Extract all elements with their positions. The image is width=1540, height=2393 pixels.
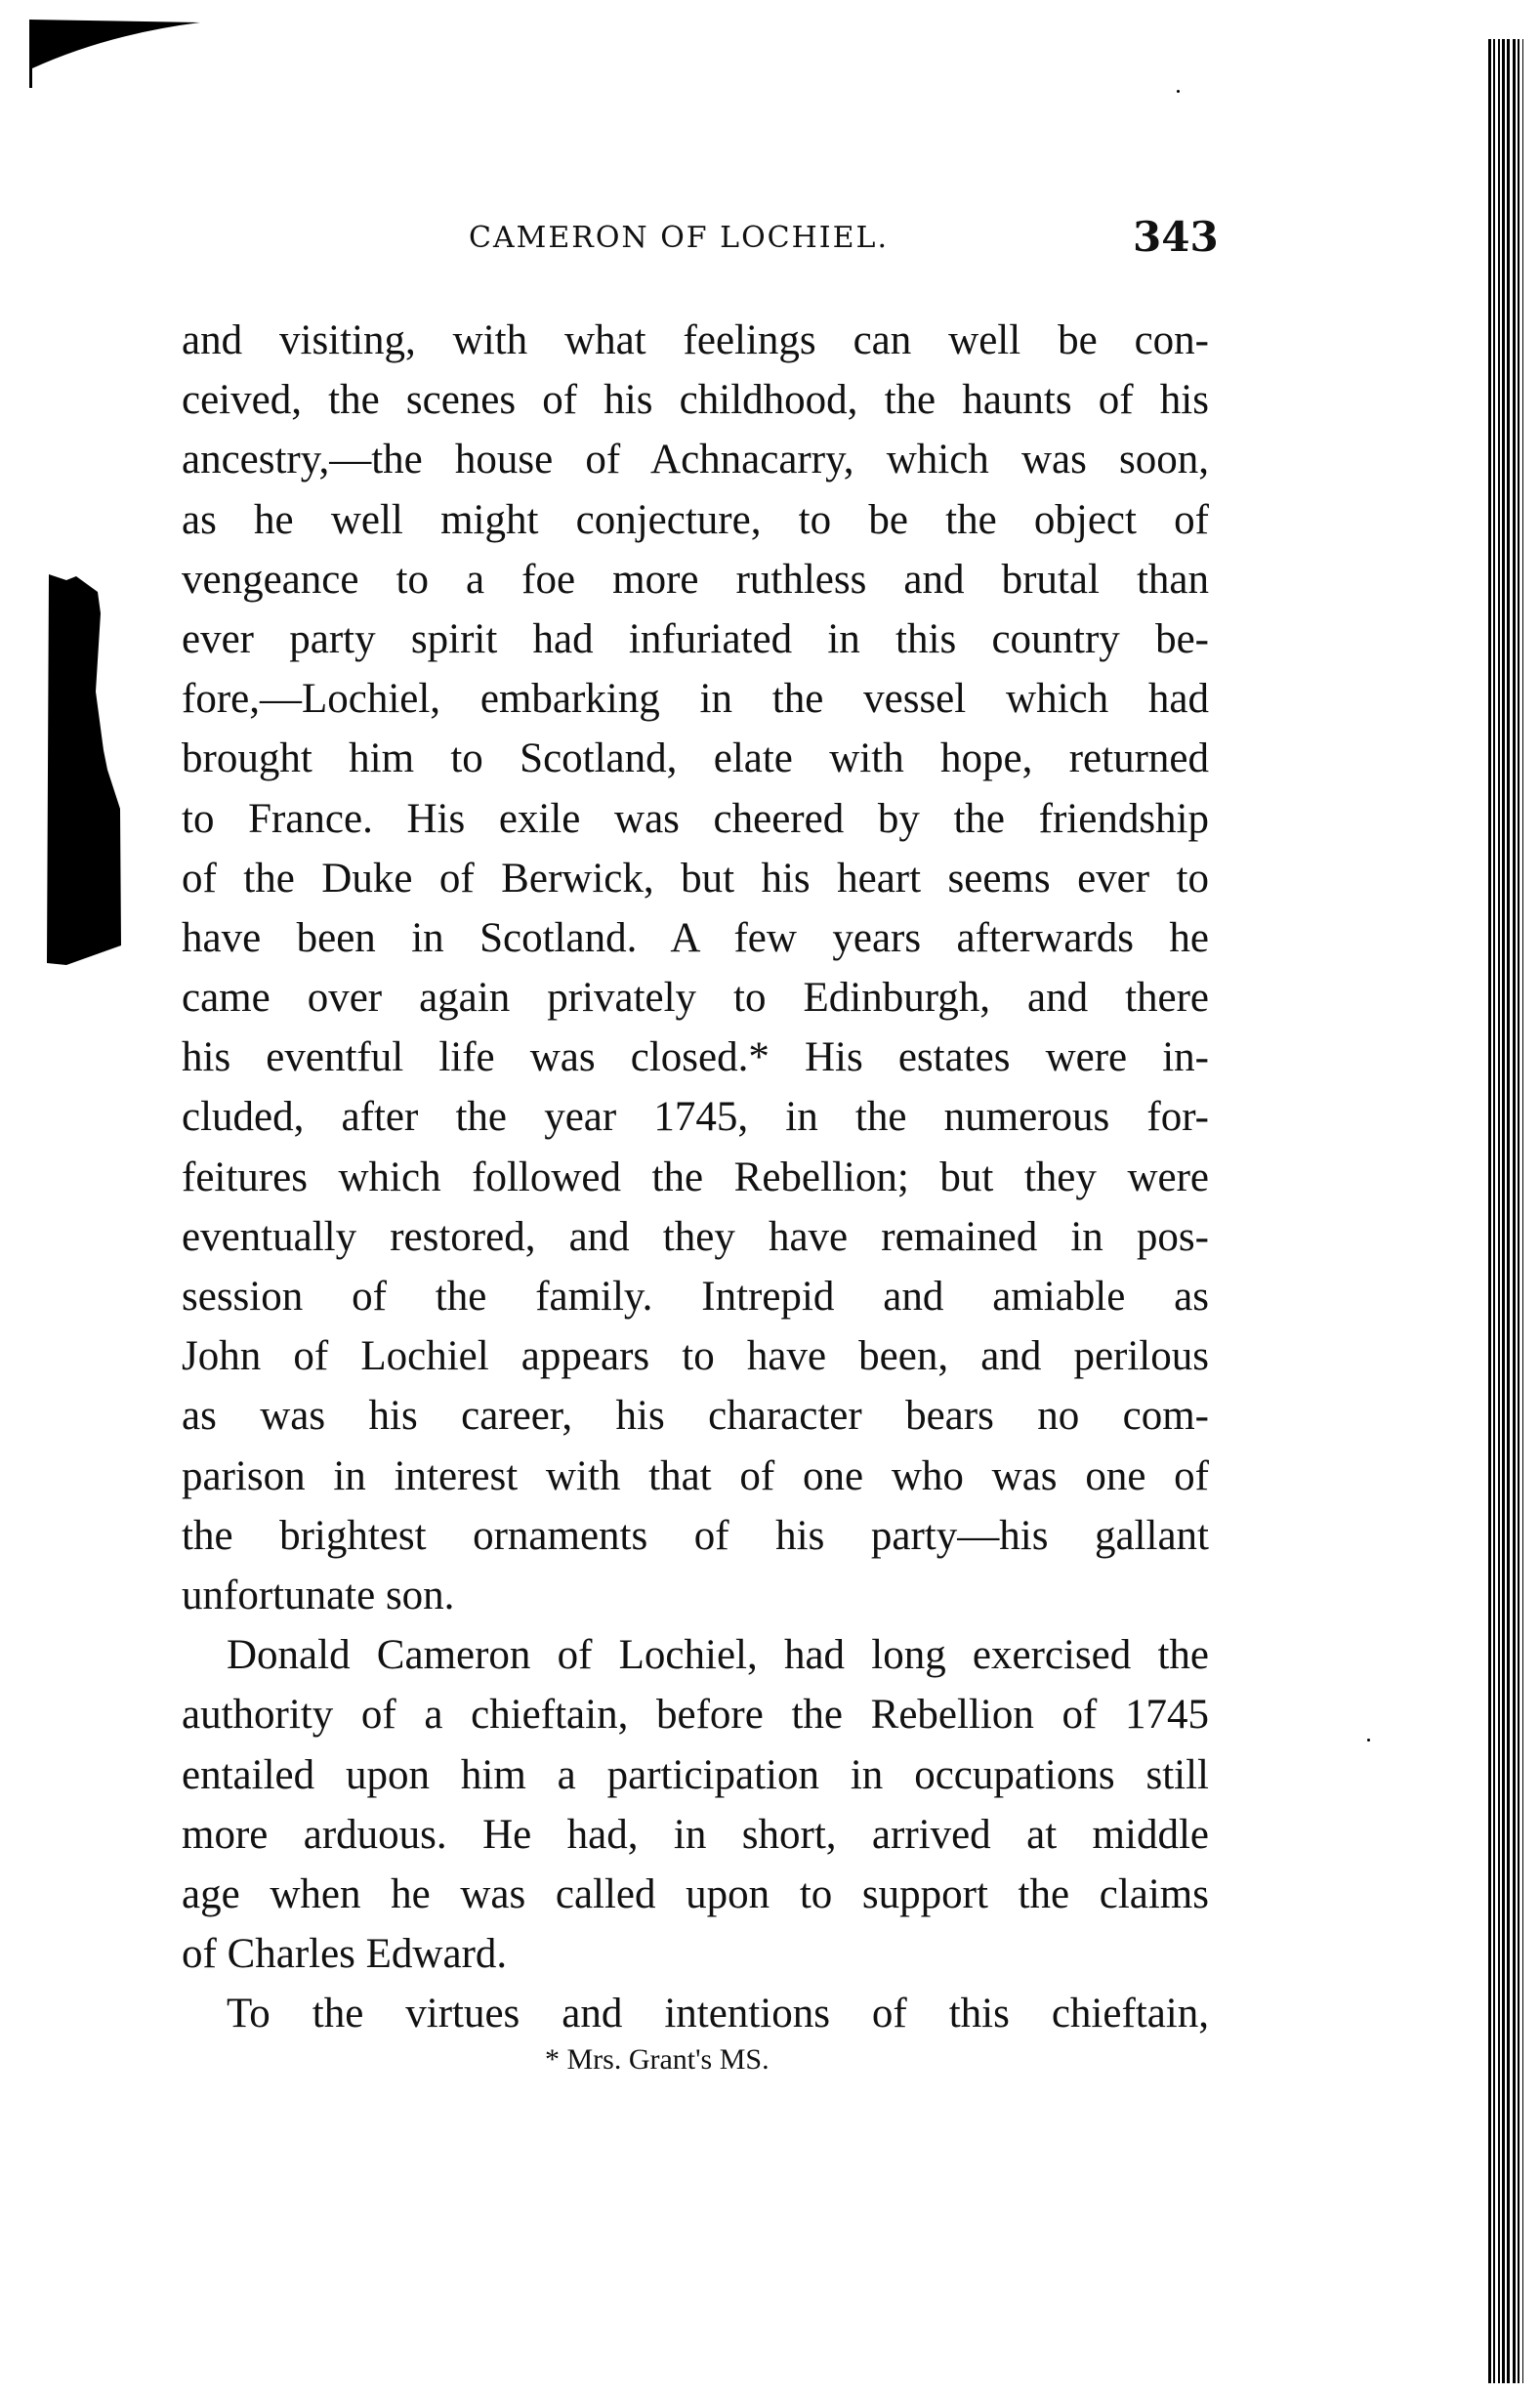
text-line: his eventful life was closed.* His estat…: [182, 1028, 1209, 1087]
text-line: To the virtues and intentions of this ch…: [182, 1984, 1209, 2043]
text-line: John of Lochiel appears to have been, an…: [182, 1326, 1209, 1386]
text-line: to France. His exile was cheered by the …: [182, 789, 1209, 849]
text-line: Donald Cameron of Lochiel, had long exer…: [182, 1625, 1209, 1685]
text-line: as he well might conjecture, to be the o…: [182, 490, 1209, 550]
scan-binding-shadow: [47, 574, 123, 965]
scan-page-edge: [1488, 39, 1523, 2383]
text-line: brought him to Scotland, elate with hope…: [182, 729, 1209, 788]
text-line: have been in Scotland. A few years after…: [182, 908, 1209, 968]
body-text: and visiting, with what feelings can wel…: [182, 311, 1209, 2043]
text-line: eventually restored, and they have remai…: [182, 1207, 1209, 1267]
text-line: entailed upon him a participation in occ…: [182, 1745, 1209, 1805]
scan-speck: [1177, 90, 1180, 93]
text-line: ever party spirit had infuriated in this…: [182, 609, 1209, 669]
footnote: * Mrs. Grant's MS.: [545, 2043, 770, 2077]
text-line: the brightest ornaments of his party—his…: [182, 1506, 1209, 1566]
scan-corner-shadow: [29, 20, 200, 88]
text-line: more arduous. He had, in short, arrived …: [182, 1805, 1209, 1865]
text-line: parison in interest with that of one who…: [182, 1447, 1209, 1506]
book-page: CAMERON OF LOCHIEL. 343 and visiting, wi…: [0, 0, 1540, 2393]
text-line: session of the family. Intrepid and amia…: [182, 1267, 1209, 1326]
text-line: fore,—Lochiel, embarking in the vessel w…: [182, 669, 1209, 729]
text-line: as was his career, his character bears n…: [182, 1386, 1209, 1446]
text-line: came over again privately to Edinburgh, …: [182, 968, 1209, 1028]
text-line: cluded, after the year 1745, in the nume…: [182, 1087, 1209, 1147]
text-line: of the Duke of Berwick, but his heart se…: [182, 849, 1209, 908]
text-line: authority of a chieftain, before the Reb…: [182, 1685, 1209, 1744]
text-line: unfortunate son.: [182, 1566, 1209, 1625]
scan-speck: [1367, 1739, 1370, 1742]
running-head-title: CAMERON OF LOCHIEL.: [469, 221, 889, 255]
text-line: ancestry,—the house of Achnacarry, which…: [182, 430, 1209, 489]
text-line: ceived, the scenes of his childhood, the…: [182, 370, 1209, 430]
text-line: of Charles Edward.: [182, 1924, 1209, 1984]
page-number: 343: [1133, 213, 1219, 261]
text-line: age when he was called upon to support t…: [182, 1865, 1209, 1924]
text-line: feitures which followed the Rebellion; b…: [182, 1148, 1209, 1207]
text-line: and visiting, with what feelings can wel…: [182, 311, 1209, 370]
text-line: vengeance to a foe more ruthless and bru…: [182, 550, 1209, 609]
